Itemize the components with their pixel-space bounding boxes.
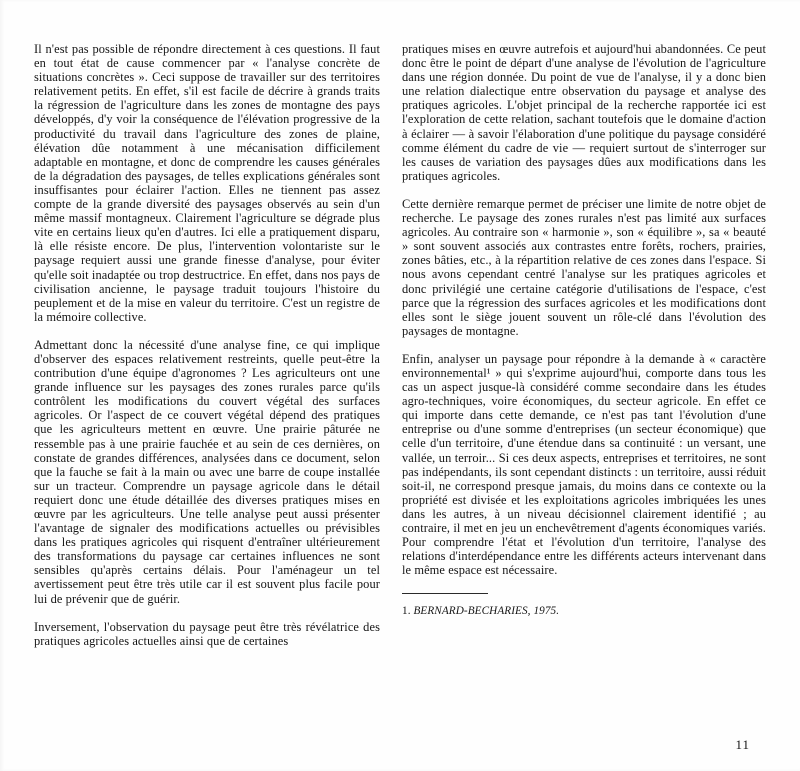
footnote-separator-rule <box>402 593 488 594</box>
paragraph: Admettant donc la nécessité d'une analys… <box>34 338 380 606</box>
footnote-reference-text: BERNARD-BECHARIES, 1975. <box>414 605 560 617</box>
footnote-number: 1. <box>402 605 414 617</box>
paragraph: pratiques mises en œuvre autrefois et au… <box>402 42 766 183</box>
paragraph: Cette dernière remarque permet de précis… <box>402 197 766 338</box>
footnote: 1. BERNARD-BECHARIES, 1975. <box>402 604 766 618</box>
left-column: Il n'est pas possible de répondre direct… <box>34 42 380 662</box>
paragraph: Inversement, l'observation du paysage pe… <box>34 620 380 648</box>
paragraph: Enfin, analyser un paysage pour répondre… <box>402 352 766 578</box>
page-number: 11 <box>735 737 750 753</box>
paragraph: Il n'est pas possible de répondre direct… <box>34 42 380 324</box>
document-page: Il n'est pas possible de répondre direct… <box>0 0 800 771</box>
two-column-layout: Il n'est pas possible de répondre direct… <box>0 0 800 662</box>
right-column: pratiques mises en œuvre autrefois et au… <box>402 42 766 662</box>
